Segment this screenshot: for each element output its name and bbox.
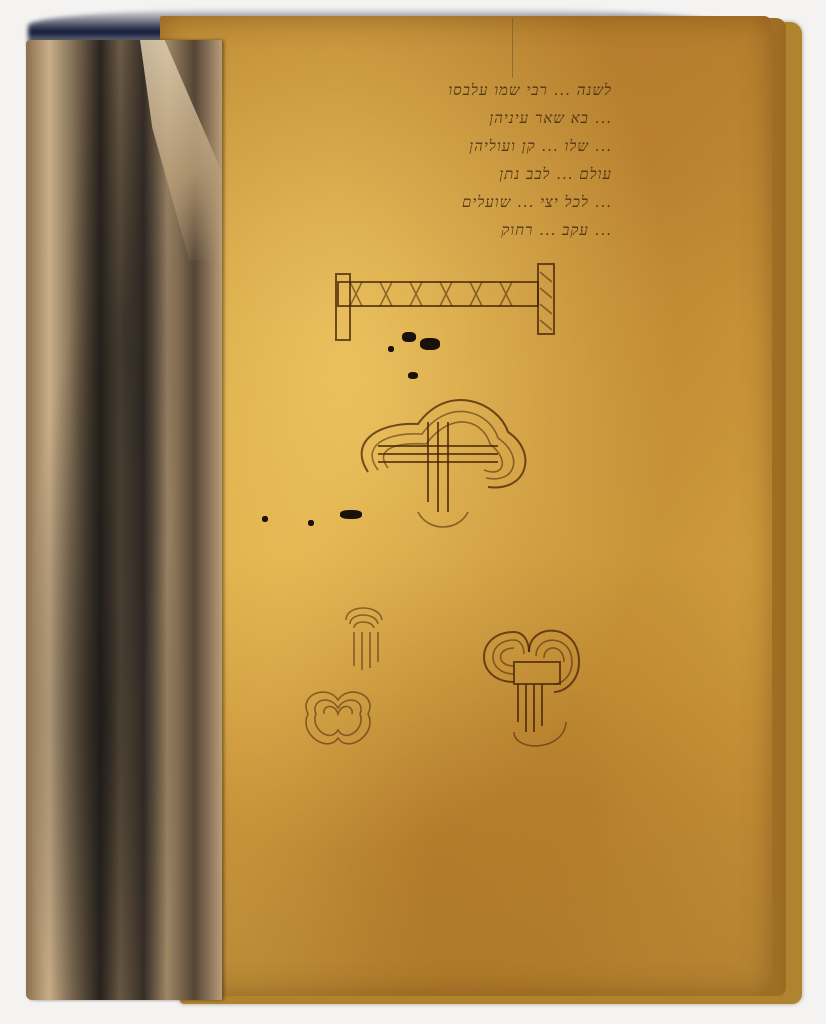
manuscript-photo: לשנה ... רבי שמו עלבסו ... בא שאר עיניהן… (0, 0, 826, 1024)
interlaced-knot-drawing (474, 622, 584, 752)
hebrew-inscription: לשנה ... רבי שמו עלבסו ... בא שאר עיניהן… (232, 76, 612, 266)
inscription-line: לשנה ... רבי שמו עלבסו (232, 76, 612, 104)
ink-blot (420, 338, 440, 350)
ink-blot (262, 516, 268, 522)
ink-blot (308, 520, 314, 526)
small-knot-drawing (340, 602, 390, 682)
large-knot-drawing (338, 362, 538, 532)
ladder-frame-drawing (330, 258, 566, 344)
inscription-line: ... שלו ... קן ועוליהן (232, 132, 612, 160)
ink-blot (402, 332, 416, 342)
inscription-line: עולם ... לבב נתן (232, 160, 612, 188)
inscription-line: ... עקב ... רחוק (232, 216, 612, 244)
ink-blot (388, 346, 394, 352)
inscription-line: ... בא שאר עיניהן (232, 104, 612, 132)
cover-crease (512, 18, 513, 78)
braided-knot-drawing (298, 684, 378, 756)
inscription-line: ... לכל יצי ... שועלים (232, 188, 612, 216)
